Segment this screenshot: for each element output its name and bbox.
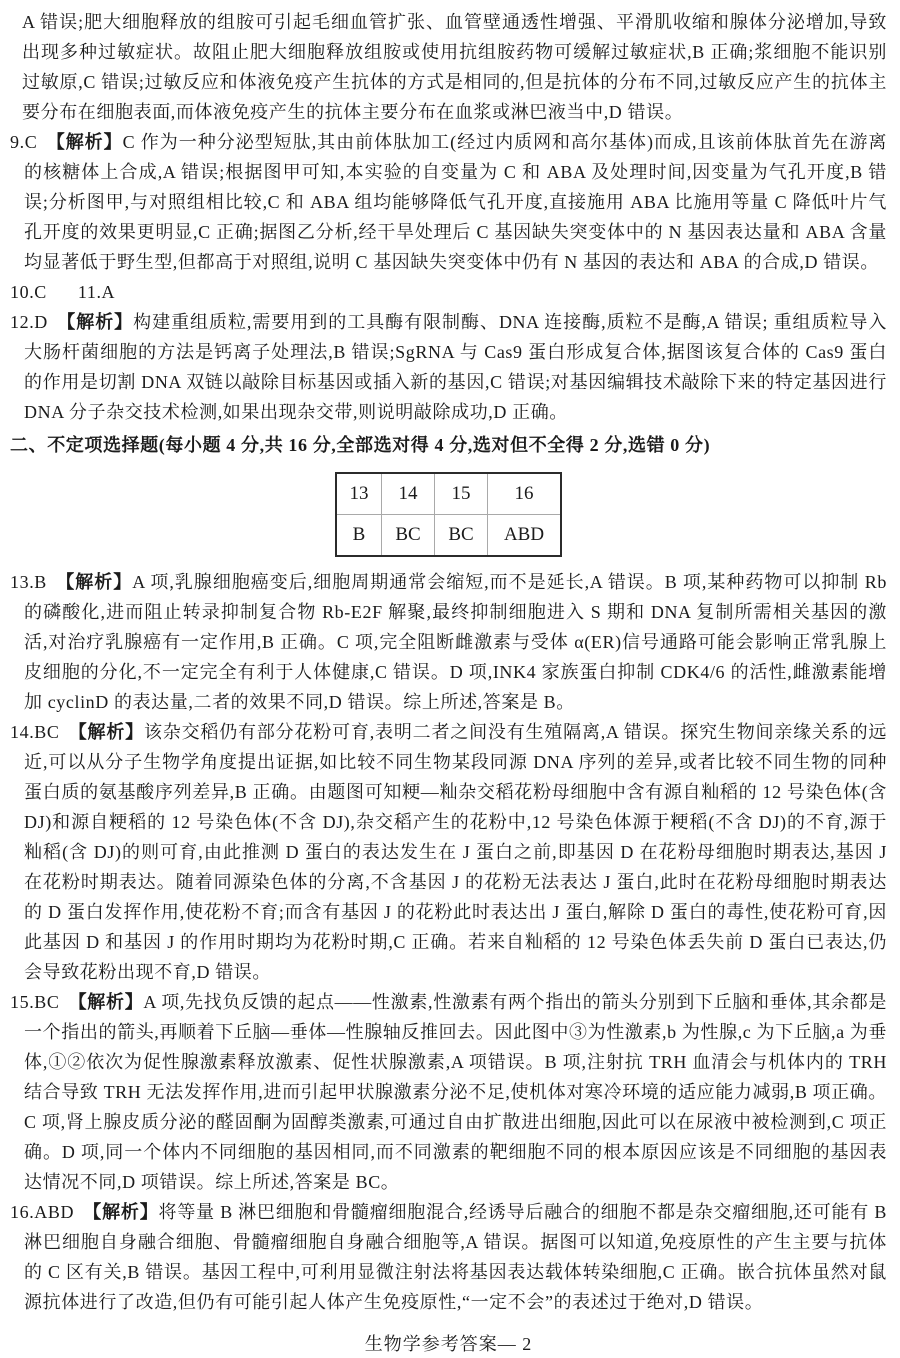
answer-8-continuation-text: A 错误;肥大细胞释放的组胺可引起毛细血管扩张、血管壁通透性增强、平滑肌收缩和腺… [10, 7, 887, 127]
section-2-title: 二、不定项选择题(每小题 4 分,共 16 分,全部选对得 4 分,选对但不全得… [10, 430, 887, 460]
item-analysis-text: 构建重组质粒,需要用到的工具酶有限制酶、DNA 连接酶,质粒不是酶,A 错误; … [24, 312, 887, 422]
answer-item-16: 16.ABD【解析】将等量 B 淋巴细胞和骨髓瘤细胞混合,经诱导后融合的细胞不都… [10, 1197, 887, 1317]
analysis-label: 【解析】 [57, 312, 133, 332]
answer-cell: B [336, 515, 382, 557]
item-number-answer: 15.BC [10, 992, 60, 1012]
analysis-label: 【解析】 [69, 992, 144, 1012]
answer-item-9: 9.C【解析】C 作为一种分泌型短肽,其由前体肽加工(经过内质网和高尔基体)而成… [10, 127, 887, 277]
answer-key-page: A 错误;肥大细胞释放的组胺可引起毛细血管扩张、血管壁通透性增强、平滑肌收缩和腺… [0, 0, 900, 1358]
item-number-answer: 11.A [78, 282, 115, 302]
answer-item-12: 12.D【解析】构建重组质粒,需要用到的工具酶有限制酶、DNA 连接酶,质粒不是… [10, 307, 887, 427]
item-number-answer: 10.C [10, 282, 47, 302]
analysis-label: 【解析】 [46, 132, 122, 152]
answer-item-13: 13.B【解析】A 项,乳腺细胞癌变后,细胞周期通常会缩短,而不是延长,A 错误… [10, 567, 887, 717]
item-analysis-text: 该杂交稻仍有部分花粉可育,表明二者之间没有生殖隔离,A 错误。探究生物间亲缘关系… [24, 722, 887, 982]
item-number-answer: 16.ABD [10, 1202, 74, 1222]
question-number-cell: 14 [382, 473, 435, 515]
answer-item-15: 15.BC【解析】A 项,先找负反馈的起点——性激素,性激素有两个指出的箭头分别… [10, 987, 887, 1197]
analysis-label: 【解析】 [56, 572, 132, 592]
answer-table: 13 14 15 16 B BC BC ABD [335, 472, 562, 557]
question-number-row: 13 14 15 16 [336, 473, 561, 515]
answer-line-10-11: 10.C11.A [10, 277, 887, 307]
answer-table-container: 13 14 15 16 B BC BC ABD [10, 472, 887, 557]
item-analysis-text: A 项,乳腺细胞癌变后,细胞周期通常会缩短,而不是延长,A 错误。B 项,某种药… [24, 572, 887, 712]
analysis-label: 【解析】 [83, 1202, 158, 1222]
analysis-label: 【解析】 [69, 722, 144, 742]
answer-cell: ABD [488, 515, 562, 557]
item-number-answer: 14.BC [10, 722, 60, 742]
answer-cell: BC [435, 515, 488, 557]
question-number-cell: 16 [488, 473, 562, 515]
question-number-cell: 15 [435, 473, 488, 515]
item-analysis-text: C 作为一种分泌型短肽,其由前体肽加工(经过内质网和高尔基体)而成,且该前体肽首… [24, 132, 887, 272]
item-analysis-text: A 项,先找负反馈的起点——性激素,性激素有两个指出的箭头分别到下丘脑和垂体,其… [24, 992, 887, 1192]
question-number-cell: 13 [336, 473, 382, 515]
item-number-answer: 12.D [10, 312, 48, 332]
answer-item-14: 14.BC【解析】该杂交稻仍有部分花粉可育,表明二者之间没有生殖隔离,A 错误。… [10, 717, 887, 987]
answer-cell: BC [382, 515, 435, 557]
item-number-answer: 9.C [10, 132, 37, 152]
page-footer: 生物学参考答案— 2 [10, 1329, 887, 1358]
answer-row: B BC BC ABD [336, 515, 561, 557]
item-number-answer: 13.B [10, 572, 47, 592]
